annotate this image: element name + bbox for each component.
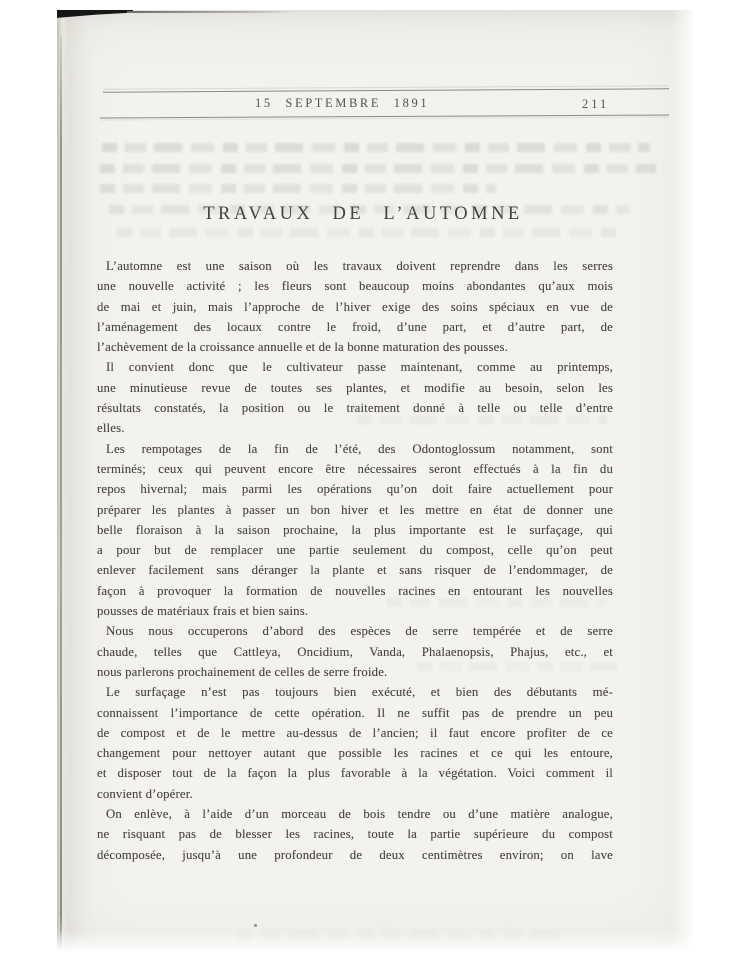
- body-line: On enlève, à l’aide d’un morceau de bois…: [97, 804, 613, 824]
- body-line: l’achèvement de la croissance annuelle e…: [97, 337, 613, 357]
- paragraph: Le surfaçage n’est pas toujours bien exé…: [97, 682, 613, 804]
- paragraph: Nous nous occuperons d’abord des espèces…: [97, 621, 613, 682]
- body-line: Les rempotages de la fin de l’été, des O…: [97, 439, 613, 459]
- body-line: Il convient donc que le cultivateur pass…: [97, 357, 613, 377]
- body-line: l’aménagement des locaux contre le froid…: [97, 317, 613, 337]
- body-line: résultats constatés, la position ou le t…: [97, 398, 613, 418]
- scan-artifact-top-edge: [127, 11, 297, 13]
- body-line: elles.: [97, 418, 613, 438]
- body-line: et disposer tout de la façon la plus fav…: [97, 763, 613, 783]
- body-line: chaude, telles que Cattleya, Oncidium, V…: [97, 642, 613, 662]
- body-line: a pour but de remplacer une partie seule…: [97, 540, 613, 560]
- header-rule-top: [103, 88, 669, 92]
- bleed-through-line: [102, 143, 650, 152]
- body-line: pousses de matériaux frais et bien sains…: [97, 601, 613, 621]
- bleed-through-line: [117, 228, 617, 237]
- page-number: 211: [582, 97, 609, 112]
- body-line: Le surfaçage n’est pas toujours bien exé…: [97, 682, 613, 702]
- page-right-fade: [671, 10, 693, 955]
- body-line: connaissent l’importance de cette opérat…: [97, 703, 613, 723]
- header-rule-bottom: [100, 115, 669, 119]
- page-bottom-fade: [57, 930, 692, 956]
- article-title: TRAVAUX DE L’AUTOMNE: [167, 204, 559, 225]
- body-line: décomposée, jusqu’à une profondeur de de…: [97, 845, 613, 865]
- scanned-page-background: 15 SEPTEMBRE 1891 211 TRAVAUX DE L’AUTOM…: [0, 0, 750, 969]
- body-line: façon à provoquer la formation de nouvel…: [97, 581, 613, 601]
- scan-speck: [254, 924, 257, 927]
- header-date: 15 SEPTEMBRE 1891: [255, 96, 429, 111]
- body-line: une minutieuse revue de toutes ses plant…: [97, 378, 613, 398]
- body-line: enlever facilement sans déranger la plan…: [97, 560, 613, 580]
- paragraph: Il convient donc que le cultivateur pass…: [97, 357, 613, 438]
- body-line: terminés; ceux qui peuvent encore être n…: [97, 459, 613, 479]
- body-line: changement pour nettoyer autant que poss…: [97, 743, 613, 763]
- body-line: de mai et juin, mais l’approche de l’hiv…: [97, 297, 613, 317]
- paragraph: On enlève, à l’aide d’un morceau de bois…: [97, 804, 613, 865]
- body-line: une nouvelle activité ; les fleurs sont …: [97, 276, 613, 296]
- body-text: L’automne est une saison où les travaux …: [97, 256, 613, 865]
- body-line: de compost et de le mettre au-dessus de …: [97, 723, 613, 743]
- paragraph: L’automne est une saison où les travaux …: [97, 256, 613, 357]
- body-line: ne risquant pas de blesser les racines, …: [97, 824, 613, 844]
- page-spine-edge: [57, 10, 69, 955]
- journal-page: 15 SEPTEMBRE 1891 211 TRAVAUX DE L’AUTOM…: [57, 10, 692, 955]
- bleed-through-line: [100, 184, 496, 193]
- body-line: L’automne est une saison où les travaux …: [97, 256, 613, 276]
- body-line: Nous nous occuperons d’abord des espèces…: [97, 621, 613, 641]
- body-line: convient d’opérer.: [97, 784, 613, 804]
- paragraph: Les rempotages de la fin de l’été, des O…: [97, 439, 613, 622]
- bleed-through-line: [100, 164, 656, 173]
- body-line: repos hivernal; mais parmi les opération…: [97, 479, 613, 499]
- body-line: préparer les plantes à passer un bon hiv…: [97, 500, 613, 520]
- body-line: belle floraison à la saison prochaine, l…: [97, 520, 613, 540]
- body-line: nous parlerons prochainement de celles d…: [97, 662, 613, 682]
- page-spine-line: [60, 36, 62, 951]
